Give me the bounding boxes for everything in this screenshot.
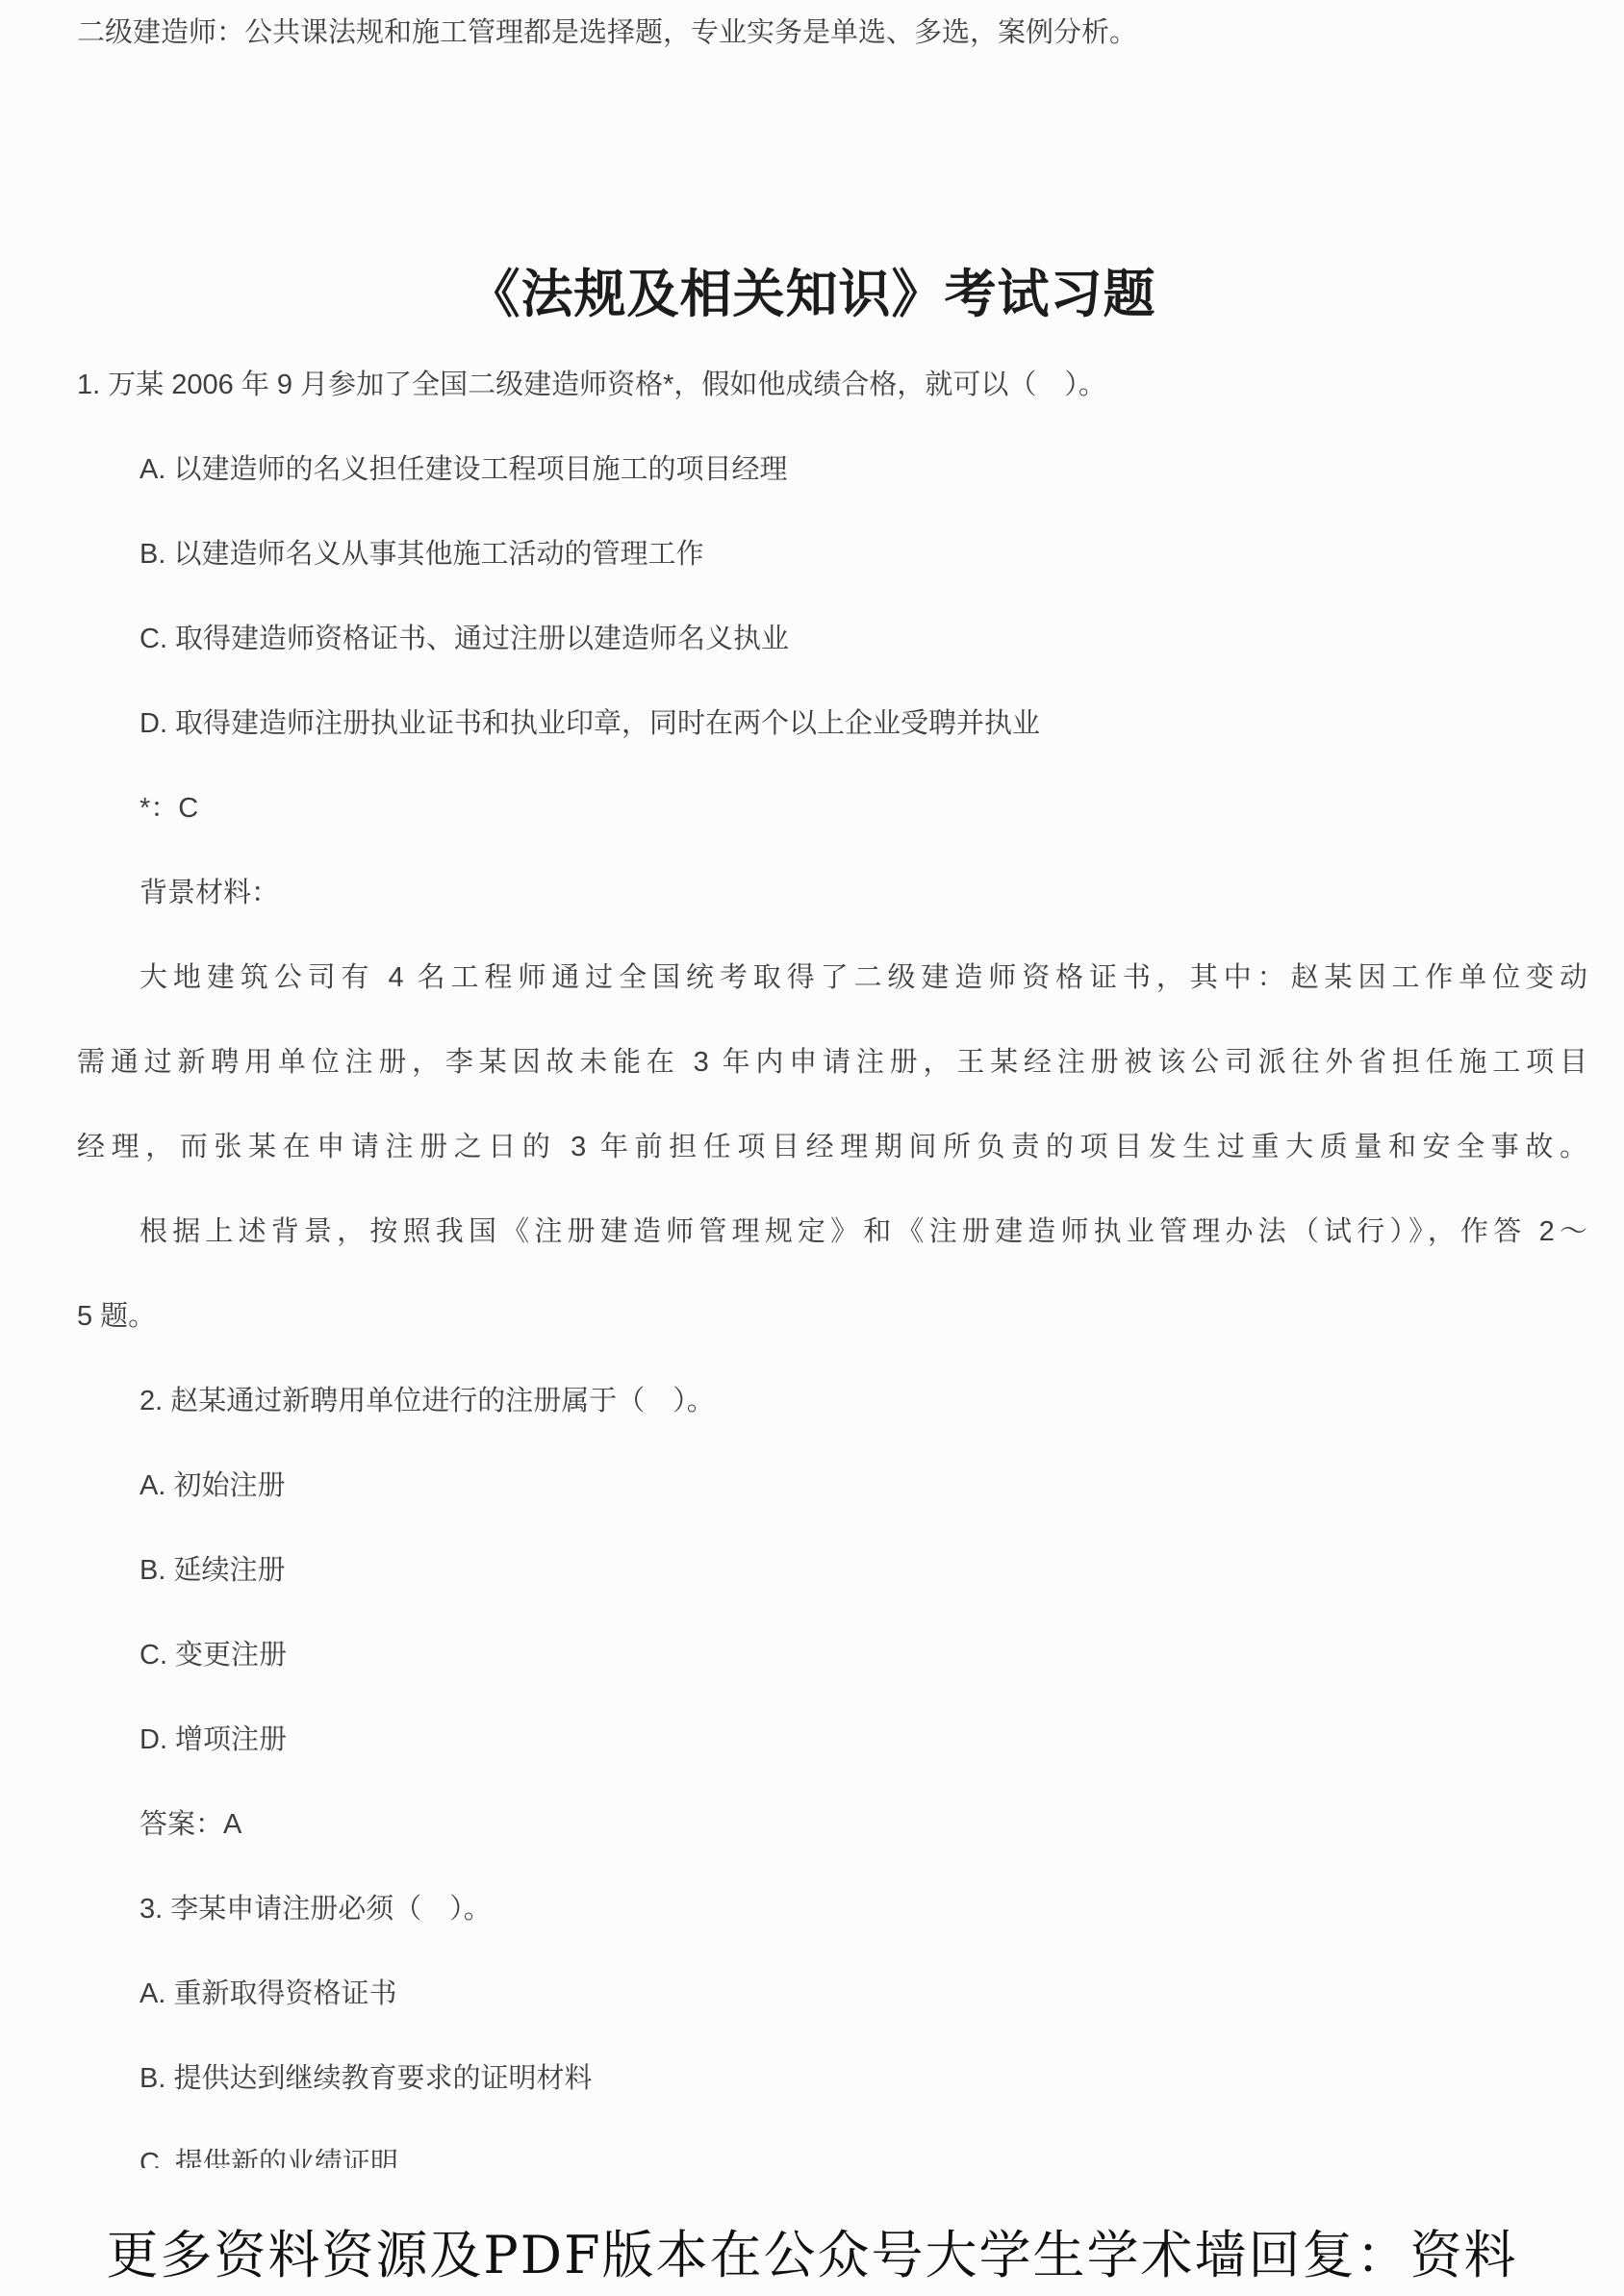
text-line: *：C bbox=[0, 766, 1624, 851]
text-line: C. 变更注册 bbox=[0, 1613, 1624, 1697]
text-line: B. 以建造师名义从事其他施工活动的管理工作 bbox=[0, 512, 1624, 597]
text-line: 2. 赵某通过新聘用单位进行的注册属于（ ）。 bbox=[0, 1359, 1624, 1443]
text-line: D. 取得建造师注册执业证书和执业印章，同时在两个以上企业受聘并执业 bbox=[0, 681, 1624, 766]
text-line: 答案：A bbox=[0, 1782, 1624, 1867]
text-line: A. 初始注册 bbox=[0, 1443, 1624, 1528]
text-line: A. 重新取得资格证书 bbox=[0, 1952, 1624, 2036]
document-page: 二级建造师：公共课法规和施工管理都是选择题，专业实务是单选、多选，案例分析。 《… bbox=[0, 0, 1624, 2296]
text-line: 1. 万某 2006 年 9 月参加了全国二级建造师资格*，假如他成绩合格，就可… bbox=[0, 343, 1624, 427]
text-line: 经理，而张某在申请注册之日的 3 年前担任项目经理期间所负责的项目发生过重大质量… bbox=[0, 1105, 1624, 1189]
text-line: 3. 李某申请注册必须（ ）。 bbox=[0, 1867, 1624, 1952]
text-line: 需通过新聘用单位注册，李某因故未能在 3 年内申请注册，王某经注册被该公司派往外… bbox=[0, 1020, 1624, 1105]
text-line: B. 延续注册 bbox=[0, 1528, 1624, 1613]
header-note: 二级建造师：公共课法规和施工管理都是选择题，专业实务是单选、多选，案例分析。 bbox=[0, 0, 1624, 52]
text-line: C. 取得建造师资格证书、通过注册以建造师名义执业 bbox=[0, 597, 1624, 681]
text-line: A. 以建造师的名义担任建设工程项目施工的项目经理 bbox=[0, 427, 1624, 512]
footer-watermark: 更多资料资源及PDF版本在公众号大学生学术墙回复：资料 bbox=[0, 2222, 1624, 2289]
page-title: 《法规及相关知识》考试习题 bbox=[0, 262, 1624, 327]
text-line: 大地建筑公司有 4 名工程师通过全国统考取得了二级建造师资格证书，其中：赵某因工… bbox=[0, 935, 1624, 1020]
text-line: 根据上述背景，按照我国《注册建造师管理规定》和《注册建造师执业管理办法（试行）》… bbox=[0, 1189, 1624, 1274]
text-line: C. 提供新的业绩证明 bbox=[0, 2121, 1624, 2168]
text-line: 5 题。 bbox=[0, 1274, 1624, 1359]
document-body: 1. 万某 2006 年 9 月参加了全国二级建造师资格*，假如他成绩合格，就可… bbox=[0, 343, 1624, 2168]
text-line: B. 提供达到继续教育要求的证明材料 bbox=[0, 2036, 1624, 2121]
text-line: 背景材料： bbox=[0, 851, 1624, 935]
text-line: D. 增项注册 bbox=[0, 1697, 1624, 1782]
